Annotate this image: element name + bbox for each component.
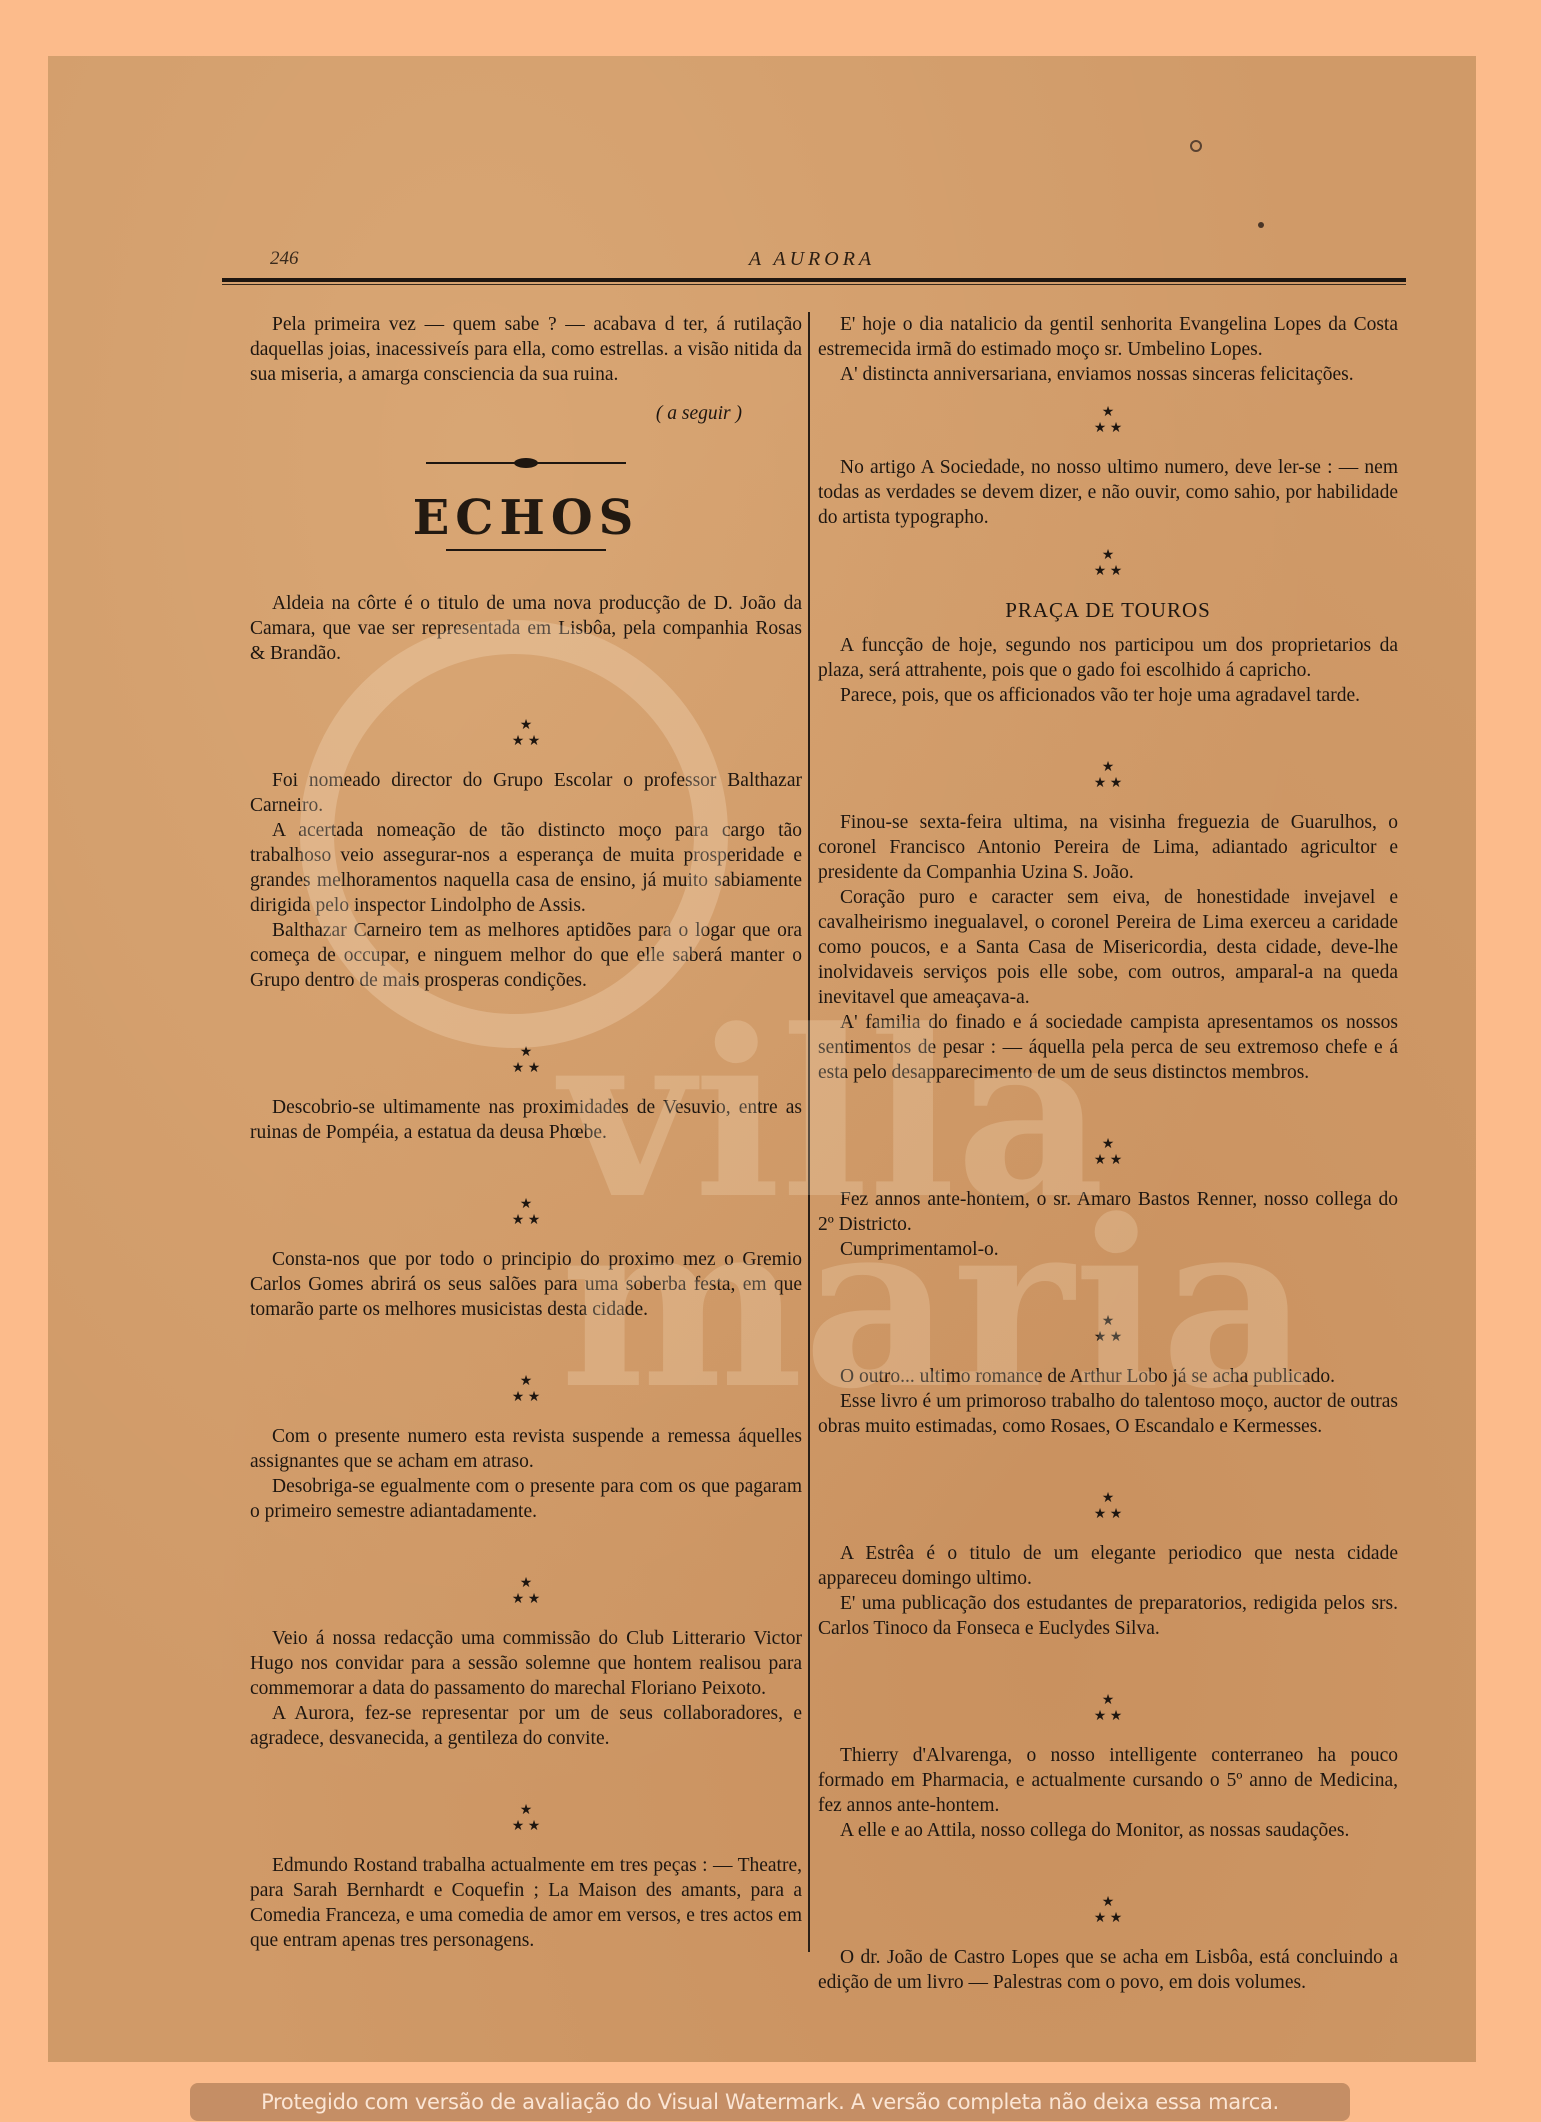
star-separator-icon: ★★ ★ xyxy=(818,1137,1398,1169)
article-paragraph: A elle e ao Attila, nosso collega do Mon… xyxy=(818,1818,1398,1843)
column-divider xyxy=(808,312,810,1952)
star-separator-icon: ★★ ★ xyxy=(250,1197,802,1229)
article-paragraph: Pela primeira vez — quem sabe ? — acabav… xyxy=(250,312,802,387)
article-paragraph: A' familia do finado e á sociedade campi… xyxy=(818,1010,1398,1085)
left-column: Pela primeira vez — quem sabe ? — acabav… xyxy=(250,312,802,1987)
article: Veio á nossa redacção uma commissão do C… xyxy=(250,1626,802,1751)
page-header: 246 A AURORA xyxy=(222,240,1402,280)
article-paragraph: A Estrêa é o titulo de um elegante perio… xyxy=(818,1541,1398,1591)
article-paragraph: Consta-nos que por todo o principio do p… xyxy=(250,1247,802,1322)
star-separator-icon: ★★ ★ xyxy=(250,1374,802,1406)
star-separator-icon: ★★ ★ xyxy=(250,1045,802,1077)
article: E' hoje o dia natalicio da gentil senhor… xyxy=(818,312,1398,387)
star-separator-icon: ★★ ★ xyxy=(818,1491,1398,1523)
star-separator-icon: ★★ ★ xyxy=(818,1314,1398,1346)
header-rule xyxy=(222,278,1406,282)
article-paragraph: A' distincta anniversariana, enviamos no… xyxy=(818,362,1398,387)
article-paragraph: Coração puro e caracter sem eiva, de hon… xyxy=(818,885,1398,1010)
article-paragraph: Edmundo Rostand trabalha actualmente em … xyxy=(250,1853,802,1953)
star-separator-icon: ★★ ★ xyxy=(818,405,1398,437)
article-paragraph: E' uma publicação dos estudantes de prep… xyxy=(818,1591,1398,1641)
article-paragraph: O dr. João de Castro Lopes que se acha e… xyxy=(818,1945,1398,1995)
watermark-logo xyxy=(300,620,728,1048)
a-seguir-label: ( a seguir ) xyxy=(250,401,802,426)
heading-praca-de-touros: PRAÇA DE TOUROS xyxy=(818,598,1398,623)
article-paragraph: Desobriga-se egualmente com o presente p… xyxy=(250,1474,802,1524)
article: Thierry d'Alvarenga, o nosso intelligent… xyxy=(818,1743,1398,1843)
article-paragraph: Descobrio-se ultimamente nas proximidade… xyxy=(250,1095,802,1145)
ornament-divider xyxy=(426,456,626,470)
watermark-banner: Protegido com versão de avaliação do Vis… xyxy=(190,2083,1350,2121)
article-paragraph: Finou-se sexta-feira ultima, na visinha … xyxy=(818,810,1398,885)
right-items-before: E' hoje o dia natalicio da gentil senhor… xyxy=(818,312,1398,580)
star-separator-icon: ★★ ★ xyxy=(818,1693,1398,1725)
publication-title: A AURORA xyxy=(222,248,1402,271)
star-separator-icon: ★★ ★ xyxy=(250,1803,802,1835)
article-paragraph: No artigo A Sociedade, no nosso ultimo n… xyxy=(818,455,1398,530)
star-separator-icon: ★★ ★ xyxy=(250,1576,802,1608)
star-separator-icon: ★★ ★ xyxy=(818,760,1398,792)
right-items-after: A funcção de hoje, segundo nos participo… xyxy=(818,633,1398,2029)
article: A funcção de hoje, segundo nos participo… xyxy=(818,633,1398,708)
star-separator-icon: ★★ ★ xyxy=(818,1895,1398,1927)
article-paragraph: Com o presente numero esta revista suspe… xyxy=(250,1424,802,1474)
paper-spot xyxy=(1190,140,1202,152)
article: Consta-nos que por todo o principio do p… xyxy=(250,1247,802,1322)
article-paragraph: Esse livro é um primoroso trabalho do ta… xyxy=(818,1389,1398,1439)
article: No artigo A Sociedade, no nosso ultimo n… xyxy=(818,455,1398,530)
header-rule-thin xyxy=(222,284,1406,285)
article-paragraph: Thierry d'Alvarenga, o nosso intelligent… xyxy=(818,1743,1398,1818)
article: Descobrio-se ultimamente nas proximidade… xyxy=(250,1095,802,1145)
article: O outro... ultimo romance de Arthur Lobo… xyxy=(818,1364,1398,1439)
article-paragraph: Cumprimentamol-o. xyxy=(818,1237,1398,1262)
star-separator-icon: ★★ ★ xyxy=(818,548,1398,580)
continuation-text: Pela primeira vez — quem sabe ? — acabav… xyxy=(250,312,802,387)
article-paragraph: Parece, pois, que os afficionados vão te… xyxy=(818,683,1398,708)
article: Edmundo Rostand trabalha actualmente em … xyxy=(250,1853,802,1953)
article-paragraph: A funcção de hoje, segundo nos participo… xyxy=(818,633,1398,683)
article-paragraph: Fez annos ante-hontem, o sr. Amaro Basto… xyxy=(818,1187,1398,1237)
right-column: E' hoje o dia natalicio da gentil senhor… xyxy=(818,312,1398,2029)
article: Com o presente numero esta revista suspe… xyxy=(250,1424,802,1524)
article-paragraph: O outro... ultimo romance de Arthur Lobo… xyxy=(818,1364,1398,1389)
article-paragraph: Veio á nossa redacção uma commissão do C… xyxy=(250,1626,802,1701)
article: A Estrêa é o titulo de um elegante perio… xyxy=(818,1541,1398,1641)
section-title-echos: ECHOS xyxy=(250,506,802,531)
paper-spot xyxy=(1258,222,1264,228)
article-paragraph: A Aurora, fez-se representar por um de s… xyxy=(250,1701,802,1751)
article: Fez annos ante-hontem, o sr. Amaro Basto… xyxy=(818,1187,1398,1262)
article: Finou-se sexta-feira ultima, na visinha … xyxy=(818,810,1398,1085)
article: O dr. João de Castro Lopes que se acha e… xyxy=(818,1945,1398,1995)
article-paragraph: E' hoje o dia natalicio da gentil senhor… xyxy=(818,312,1398,362)
